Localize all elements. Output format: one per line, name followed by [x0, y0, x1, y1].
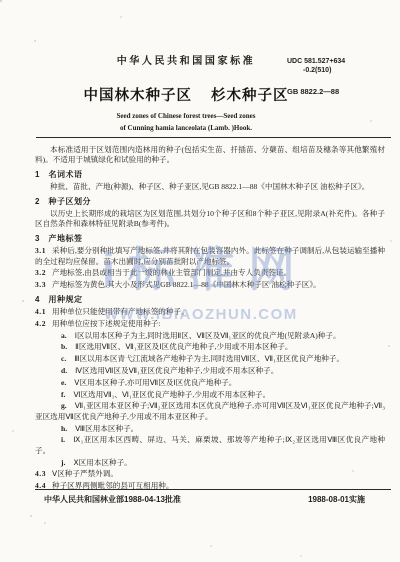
section-paragraph: 种批、苗批、产地(种源)、种子区、种子亚区,见GB 8822.1—88《中国林木…: [35, 182, 385, 192]
list-item: b.Ⅱ区选用Ⅶ区、Ⅶ₁亚区及Ⅰ区优良产地种子,少用或不用本区种子。: [35, 342, 385, 352]
document-page: 中华人民共和国国家标准 中国林木种子区 杉木种子区 Seed zones of …: [0, 0, 400, 562]
list-item: i.Ⅸ₁亚区用本区西畴、屏边、马关、麻栗坡、那坡等产地种子;Ⅸ₂亚区选用Ⅷ区优良…: [35, 435, 385, 456]
clause-number: 3.3: [35, 280, 46, 289]
english-subtitle-line2: of Cunning hamia lanceolata (Lamb. )Hook…: [0, 124, 372, 134]
title-part-2: 杉木种子区: [211, 88, 289, 104]
clause-text: 产地标签,由县或相当于此一级的林业主管部门制定,并由专人负责签证。: [52, 268, 291, 277]
clause: 4.1用种单位只能使用带有产地标签的种子。: [35, 307, 385, 317]
section-heading: 2 种子区划分: [35, 197, 385, 207]
list-item: d.Ⅳ区选用Ⅶ区及Ⅶ₁亚区优良产地种子,少用或不用本区种子。: [35, 366, 385, 376]
clause: 4.2用种单位应按下述规定使用种子:: [35, 319, 385, 329]
clause-text: 产地标签为黄色,其大小及形式见GB 8822.1—88《中国林木种子区 油松种子…: [52, 280, 321, 289]
list-item: c.Ⅲ区以用本区青弋江流域各产地种子为主,同时选用Ⅶ区、Ⅶ₁亚区优良产地种子。: [35, 354, 385, 364]
udc-line-1: UDC 581.527+634: [287, 57, 345, 66]
item-text: Ⅶ₁亚区用本亚区种子;Ⅶ₂亚区选用本区优良产地种子,亦可用Ⅶ区及Ⅵ₁亚区优良产地…: [35, 401, 385, 420]
item-text: Ⅵ区选用Ⅶ₁、Ⅵ₁亚区优良产地种子,少用或不用本区种子。: [73, 390, 270, 399]
list-item: g.Ⅶ₁亚区用本亚区种子;Ⅶ₂亚区选用本区优良产地种子,亦可用Ⅶ区及Ⅵ₁亚区优良…: [35, 401, 385, 422]
item-letter: g.: [61, 401, 67, 410]
item-text: Ⅸ₁亚区用本区西畴、屏边、马关、麻栗坡、那坡等产地种子;Ⅸ₂亚区选用Ⅷ区优良产地…: [35, 435, 385, 454]
item-letter: a.: [61, 331, 67, 340]
item-letter: h.: [61, 424, 67, 433]
list-item: e.Ⅴ区用本区种子,亦可用Ⅶ区及Ⅰ区优良产地种子。: [35, 378, 385, 388]
item-text: Ⅷ区用本区种子。: [75, 424, 138, 433]
item-letter: c.: [61, 354, 66, 363]
item-letter: f.: [61, 390, 65, 399]
clause-number: 3.1: [35, 246, 46, 255]
title-part-1: 中国林木种子区: [83, 88, 192, 104]
clause: 3.3产地标签为黄色,其大小及形式见GB 8822.1—88《中国林木种子区 油…: [35, 280, 385, 290]
clause: 4.3Ⅴ区种子严禁外调。: [35, 469, 385, 479]
sections-container: 1 名词术语种批、苗批、产地(种源)、种子区、种子亚区,见GB 8822.1—8…: [35, 170, 385, 491]
footer-rule: [35, 489, 391, 490]
section-paragraph: 以历史上长期形成的栽培区为区划范围,共划分10个种子区和8个种子亚区,见附录A(…: [35, 209, 385, 230]
clause-text: 用种单位应按下述规定使用种子:: [52, 319, 160, 328]
english-subtitle-line1: Seed zones of Chinese forest trees—Seed …: [0, 112, 372, 122]
udc-code: UDC 581.527+634 -0.2(510): [287, 57, 345, 75]
document-body: 本标准适用于区划范围内造林用的种子(包括实生苗、扦插苗、分蘖苗、组培苗及穗条等其…: [35, 142, 385, 492]
item-text: Ⅰ区以用本区种子为主,同时选用Ⅱ区、Ⅶ区及Ⅶ₁亚区的优良产地(见附录A)种子。: [75, 331, 341, 340]
clause-text: Ⅴ区种子严禁外调。: [52, 469, 118, 478]
clause-text: 用种单位只能使用带有产地标签的种子。: [52, 307, 189, 316]
header-rule: [36, 137, 391, 138]
section-heading: 1 名词术语: [35, 170, 385, 180]
section-heading: 4 用种规定: [35, 295, 385, 305]
item-text: Ⅴ区用本区种子,亦可用Ⅶ区及Ⅰ区优良产地种子。: [74, 378, 236, 387]
section-heading: 3 产地标签: [35, 234, 385, 244]
gb-standard-number: GB 8822.2—88: [287, 87, 339, 96]
item-letter: e.: [61, 378, 66, 387]
document-footer: 中华人民共和国林业部1988-04-13批准 1988-08-01实施: [35, 494, 391, 505]
item-text: Ⅲ区以用本区青弋江流域各产地种子为主,同时选用Ⅶ区、Ⅶ₁亚区优良产地种子。: [74, 354, 344, 363]
item-letter: d.: [61, 366, 67, 375]
clause-number: 4.2: [35, 319, 46, 328]
item-text: Ⅳ区选用Ⅶ区及Ⅶ₁亚区优良产地种子,少用或不用本区种子。: [75, 366, 278, 375]
list-item: j.Ⅹ区用本区种子。: [35, 458, 385, 468]
clause-number: 3.2: [35, 268, 46, 277]
clause-number: 4.3: [35, 469, 46, 478]
item-text: Ⅱ区选用Ⅶ区、Ⅶ₁亚区及Ⅰ区优良产地种子,少用或不用本区种子。: [75, 342, 292, 351]
approval-text: 中华人民共和国林业部1988-04-13批准: [35, 494, 181, 505]
item-text: Ⅹ区用本区种子。: [73, 458, 131, 467]
list-item: h.Ⅷ区用本区种子。: [35, 424, 385, 434]
clause-text: 采种后,要分别种批填写产地标签,并将其附在包装容器内外。此标签在种子调制后,从包…: [35, 246, 385, 265]
item-letter: i.: [61, 435, 65, 444]
udc-line-2: -0.2(510): [287, 66, 345, 75]
clause: 3.1采种后,要分别种批填写产地标签,并将其附在包装容器内外。此标签在种子调制后…: [35, 246, 385, 267]
item-letter: b.: [61, 342, 67, 351]
item-letter: j.: [61, 458, 65, 467]
effective-date-text: 1988-08-01实施: [308, 494, 391, 505]
clause: 3.2产地标签,由县或相当于此一级的林业主管部门制定,并由专人负责签证。: [35, 268, 385, 278]
clause: 4.4种子区界两侧毗邻的县可互相用种。: [35, 481, 385, 491]
list-item: a.Ⅰ区以用本区种子为主,同时选用Ⅱ区、Ⅶ区及Ⅶ₁亚区的优良产地(见附录A)种子…: [35, 331, 385, 341]
clause-number: 4.1: [35, 307, 46, 316]
intro-paragraph: 本标准适用于区划范围内造林用的种子(包括实生苗、扦插苗、分蘖苗、组培苗及穗条等其…: [35, 145, 385, 166]
list-item: f.Ⅵ区选用Ⅶ₁、Ⅵ₁亚区优良产地种子,少用或不用本区种子。: [35, 390, 385, 400]
